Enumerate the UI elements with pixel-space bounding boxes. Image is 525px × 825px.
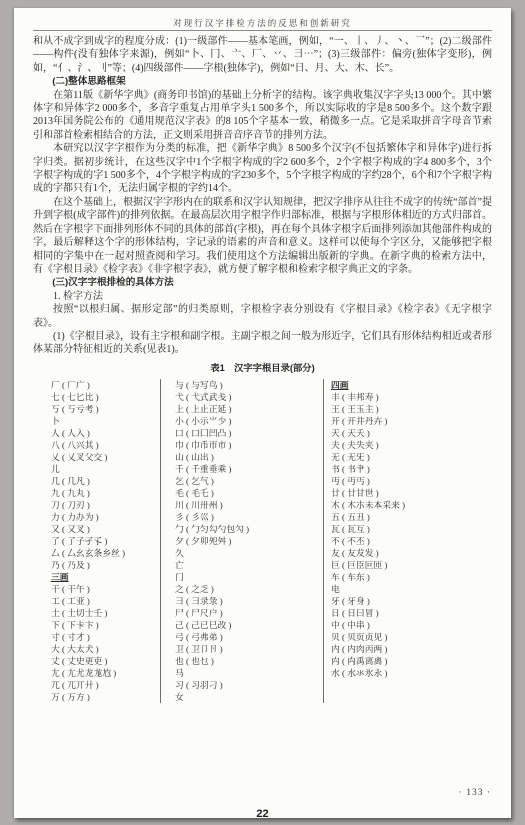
root-entry-row: 口 ( 口囗凹凸 ) <box>175 427 323 439</box>
root-entry-row: 与 ( 与写鸟 ) <box>175 379 323 391</box>
root-entry-row: 乂 ( 乂叉父交 ) <box>51 451 160 463</box>
root-entry-row: 儿 <box>51 463 160 475</box>
root-entry-row: 木 ( 木朩未本采来 ) <box>331 499 492 511</box>
root-entry-row: 夫 ( 夫失夹 ) <box>331 439 492 451</box>
root-entry-row: 毛 ( 毛乇 ) <box>175 487 323 499</box>
root-entry-row: 千 ( 千重垂乘 ) <box>175 463 323 475</box>
root-entry-row: 万 ( 万方 ) <box>51 691 160 703</box>
root-entry-row: 电 <box>331 583 492 595</box>
table-column-three-strokes: 与 ( 与写鸟 )弋 ( 弋式武戋 )上 ( 上止正延 )小 ( 小示⺌少 )口… <box>160 379 323 703</box>
root-entry-row: 乞 ( 乞气 ) <box>175 475 323 487</box>
root-entry-row: 上 ( 上止正延 ) <box>175 403 323 415</box>
root-entry-row: 乃 ( 乃及 ) <box>51 559 160 571</box>
paragraph-component-levels: 和从不成字到成字的程度分成：(1)一级部件——基本笔画，例如，“一、丨、丿、丶、… <box>33 35 492 75</box>
root-entry-row: 丏 ( 丏丐 ) <box>331 475 492 487</box>
root-entry-row: 厂 ( 厂广 ) <box>51 379 160 391</box>
root-entry-row: 尢 ( 尢尤龙尨尥 ) <box>51 667 160 679</box>
root-entry-row: 丰 ( 丰邦寿 ) <box>331 391 492 403</box>
root-entry-row: 弓 ( 弓弗弟 ) <box>175 631 323 643</box>
pdf-page-number: 22 <box>0 808 525 820</box>
root-entry-row: 干 ( 干午 ) <box>51 583 160 595</box>
root-entry-row: 人 ( 人入 ) <box>51 427 160 439</box>
paragraph-root-catalog: (1)《字根目录》，设有主字根和副字根。主副字根之间一般为形近字，它们具有形体结… <box>33 330 492 357</box>
root-entry-row: 之 ( 之乏 ) <box>175 583 323 595</box>
root-entry-row: 小 ( 小示⺌少 ) <box>175 415 323 427</box>
root-entry-row: 也 ( 也乜 ) <box>175 655 323 667</box>
root-entry-row: 寸 ( 寸才 ) <box>51 631 160 643</box>
root-entry-row: 牙 ( 牙身 ) <box>331 595 492 607</box>
root-entry-row: 水 ( 水氺氷永 ) <box>331 667 492 679</box>
root-entry-row: 内 ( 内肉丙两 ) <box>331 643 492 655</box>
root-entry-row: 丈 ( 丈史更吏 ) <box>51 655 160 667</box>
root-entry-row: 王 ( 王玉主 ) <box>331 403 492 415</box>
stroke-count-section-header: 三画 <box>51 571 160 583</box>
root-entry-row: 下 ( 下卡卞 ) <box>51 619 160 631</box>
root-entry-row: 力 ( 力办为 ) <box>51 511 160 523</box>
root-entry-row: 门 <box>175 571 323 583</box>
root-entry-row: 亡 <box>175 559 323 571</box>
root-entry-row: 丂 ( 丂亏考 ) <box>51 403 160 415</box>
section-heading-methods: (三)汉字字根排检的具体方法 <box>33 276 492 289</box>
root-entry-row: 工 ( 工亚 ) <box>51 595 160 607</box>
root-entry-row: 厶 ( 厶幺玄条乡丝 ) <box>51 547 160 559</box>
root-entry-row: 女 <box>175 691 323 703</box>
paragraph-root-statistics: 本研究以汉字字根作为分类的标准，把《新华字典》8 500多个汉字(不包括繁体字和… <box>33 142 492 196</box>
root-entry-row: 大 ( 大太犬 ) <box>51 643 160 655</box>
subsection-heading-lookup: 1. 检字方法 <box>33 290 492 303</box>
root-entry-row: 尸 ( 尸尺户 ) <box>175 607 323 619</box>
root-entry-row: 书 ( 书肀 ) <box>331 463 492 475</box>
root-entry-row: 土 ( 土切士壬 ) <box>51 607 160 619</box>
root-entry-row: 刀 ( 刀刃 ) <box>51 499 160 511</box>
root-entry-row: 勹 ( 勹匀勾勺包勽 ) <box>175 523 323 535</box>
root-entry-row: 巨 ( 巨臣叵匝 ) <box>331 559 492 571</box>
root-entry-row: 瓦 ( 瓦互 ) <box>331 523 492 535</box>
root-entry-row: 又 ( 又叉 ) <box>51 523 160 535</box>
root-entry-row: 弋 ( 弋式武戋 ) <box>175 391 323 403</box>
paragraph-xinhua-dictionary: 在第11版《新华字典》(商务印书馆)的基础上分析字的结构。该字典收集汉字字头13… <box>33 89 492 143</box>
root-entry-row: 巾 ( 巾币帀市 ) <box>175 439 323 451</box>
root-entry-row: 卜 <box>51 415 160 427</box>
table-column-two-strokes: 厂 ( 厂广 )七 ( 七匕比 )丂 ( 丂亏考 )卜人 ( 人入 )八 ( 八… <box>33 379 160 703</box>
root-entry-row: 八 ( 八兴其 ) <box>51 439 160 451</box>
root-entry-row: 卫 ( 卫卩卪 ) <box>175 643 323 655</box>
section-heading-framework: (二)整体思路框架 <box>33 75 492 88</box>
paragraph-arrangement-method: 在这个基础上，根据汉字字形内在的联系和汉字认知规律，把汉字排序从往往不成字的传统… <box>33 196 492 276</box>
root-entry-row: 贝 ( 贝页贞见 ) <box>331 631 492 643</box>
root-entry-row: 彡 ( 彡巛 ) <box>175 511 323 523</box>
root-entry-row: 己 ( 己已巳改 ) <box>175 619 323 631</box>
root-entry-row: 不 ( 不丕 ) <box>331 535 492 547</box>
root-entry-row: 兀 ( 兀丌廾 ) <box>51 679 160 691</box>
root-entry-row: 山 ( 山出 ) <box>175 451 323 463</box>
table-column-four-strokes: 四画丰 ( 丰邦寿 )王 ( 王玉主 )开 ( 开井丹卉 )天 ( 天夭 )夫 … <box>323 379 492 703</box>
root-entry-row: 禸 ( 禸禹离禼 ) <box>331 655 492 667</box>
roots-table: 厂 ( 厂广 )七 ( 七匕比 )丂 ( 丂亏考 )卜人 ( 人入 )八 ( 八… <box>33 379 492 703</box>
root-entry-row: 天 ( 天夭 ) <box>331 427 492 439</box>
root-entry-row: 七 ( 七匕比 ) <box>51 391 160 403</box>
root-entry-row: 无 ( 无旡 ) <box>331 451 492 463</box>
stroke-count-section-header: 四画 <box>331 379 492 391</box>
table-caption: 表1 汉字字根目录(部分) <box>33 362 492 375</box>
root-entry-row: 车 ( 车东 ) <box>331 571 492 583</box>
root-entry-row: 中 ( 中串 ) <box>331 619 492 631</box>
root-entry-row: 九 ( 九丸 ) <box>51 487 160 499</box>
root-entry-row: 川 ( 川卅州 ) <box>175 499 323 511</box>
root-entry-row: 习 ( 习羽刁 ) <box>175 679 323 691</box>
root-entry-row: 久 <box>175 547 323 559</box>
root-entry-row: 廿 ( 廿甘世 ) <box>331 487 492 499</box>
running-header-title: 对现行汉字排检方法的反思和创新研究 <box>14 17 511 29</box>
header-rule <box>33 30 492 31</box>
document-page: 对现行汉字排检方法的反思和创新研究 和从不成字到成字的程度分成：(1)一级部件—… <box>14 8 511 818</box>
root-entry-row: 日 ( 日曰冒 ) <box>331 607 492 619</box>
root-entry-row: 五 ( 五丑 ) <box>331 511 492 523</box>
root-entry-row: 开 ( 开井丹卉 ) <box>331 415 492 427</box>
book-page-number: · 133 · <box>459 788 491 798</box>
root-entry-row: 夕 ( 夕卯夗舛 ) <box>175 535 323 547</box>
root-entry-row: 了 ( 了子孑孓 ) <box>51 535 160 547</box>
root-entry-row: 几 ( 几凡 ) <box>51 475 160 487</box>
root-entry-row: 友 ( 友犮发 ) <box>331 547 492 559</box>
page-content: 和从不成字到成字的程度分成：(1)一级部件——基本笔画，例如，“一、丨、丿、丶、… <box>33 35 492 703</box>
root-entry-row: 彐 ( 彐录彔 ) <box>175 595 323 607</box>
paragraph-lookup-principle: 按照“以根归属、据形定部”的归类原则，字根检字表分别设有《字根目录》《检字表》《… <box>33 303 492 330</box>
root-entry-row: 马 <box>175 667 323 679</box>
